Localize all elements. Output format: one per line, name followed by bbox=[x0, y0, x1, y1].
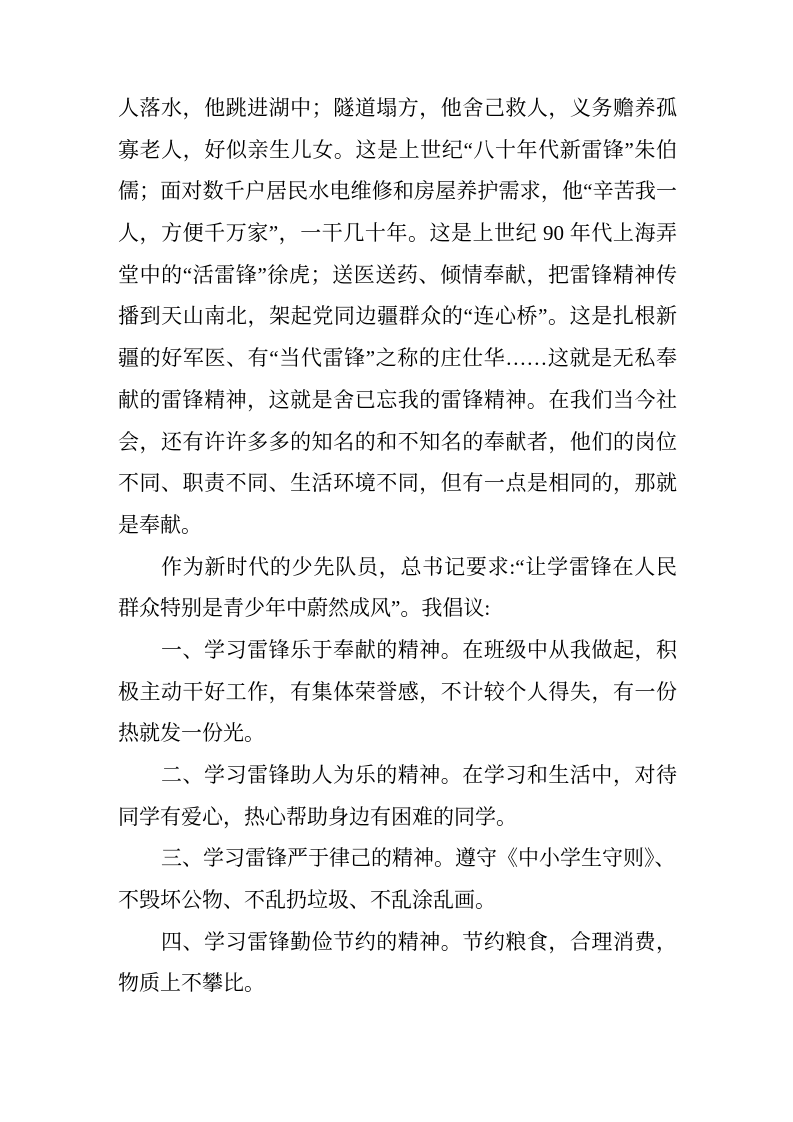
text-line: 不毁坏公物、不乱扔垃圾、不乱涂乱画。 bbox=[118, 880, 677, 922]
text-line: 是奉献。 bbox=[118, 505, 677, 547]
text-line: 人落水，他跳进湖中；隧道塌方，他舍己救人，义务赡养孤 bbox=[118, 88, 677, 130]
text-line: 作为新时代的少先队员，总书记要求:“让学雷锋在人民 bbox=[118, 547, 677, 589]
text-line: 一、学习雷锋乐于奉献的精神。在班级中从我做起，积 bbox=[118, 630, 677, 672]
text-line: 热就发一份光。 bbox=[118, 713, 677, 755]
document-page: 人落水，他跳进湖中；隧道塌方，他舍己救人，义务赡养孤 寡老人，好似亲生儿女。这是… bbox=[0, 0, 793, 1122]
text-line: 献的雷锋精神，这就是舍已忘我的雷锋精神。在我们当今社 bbox=[118, 380, 677, 422]
text-line: 极主动干好工作，有集体荣誉感，不计较个人得失，有一份 bbox=[118, 672, 677, 714]
text-line: 寡老人，好似亲生儿女。这是上世纪“八十年代新雷锋”朱伯 bbox=[118, 130, 677, 172]
text-line: 同学有爱心，热心帮助身边有困难的同学。 bbox=[118, 797, 677, 839]
text-line: 物质上不攀比。 bbox=[118, 963, 677, 1005]
text-line: 疆的好军医、有“当代雷锋”之称的庄仕华……这就是无私奉 bbox=[118, 338, 677, 380]
text-line: 群众特别是青少年中蔚然成风”。我倡议: bbox=[118, 588, 677, 630]
text-line: 三、学习雷锋严于律己的精神。遵守《中小学生守则》、 bbox=[118, 838, 677, 880]
document-text-block: 人落水，他跳进湖中；隧道塌方，他舍己救人，义务赡养孤 寡老人，好似亲生儿女。这是… bbox=[118, 88, 677, 1005]
text-line: 不同、职责不同、生活环境不同，但有一点是相同的，那就 bbox=[118, 463, 677, 505]
text-line: 儒；面对数千户居民水电维修和房屋养护需求，他“辛苦我一 bbox=[118, 171, 677, 213]
text-line: 人，方便千万家”，一干几十年。这是上世纪 90 年代上海弄 bbox=[118, 213, 677, 255]
text-line: 播到天山南北，架起党同边疆群众的“连心桥”。这是扎根新 bbox=[118, 296, 677, 338]
text-line: 二、学习雷锋助人为乐的精神。在学习和生活中，对待 bbox=[118, 755, 677, 797]
text-line: 会，还有许许多多的知名的和不知名的奉献者，他们的岗位 bbox=[118, 422, 677, 464]
text-line: 堂中的“活雷锋”徐虎；送医送药、倾情奉献，把雷锋精神传 bbox=[118, 255, 677, 297]
text-line: 四、学习雷锋勤俭节约的精神。节约粮食，合理消费， bbox=[118, 922, 677, 964]
